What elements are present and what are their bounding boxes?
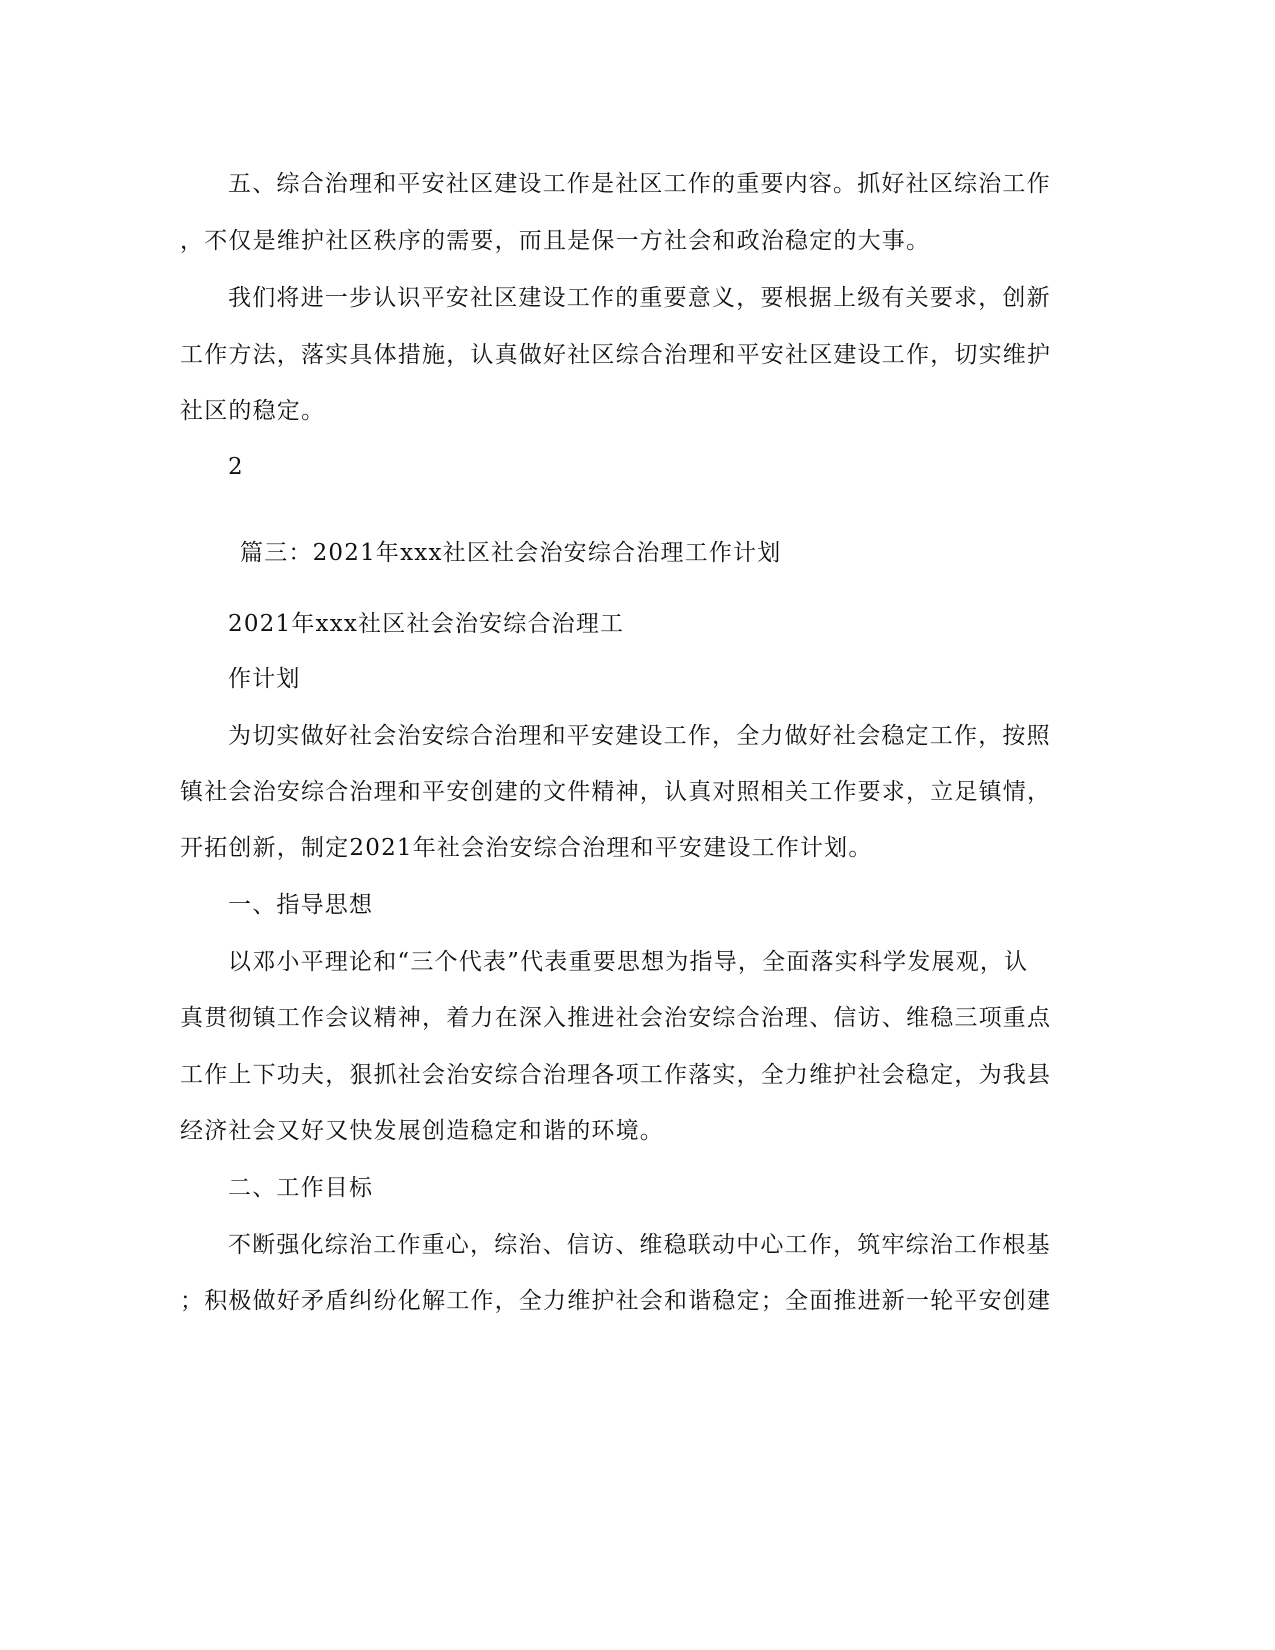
section-one-line-1: 以邓小平理论和“三个代表”代表重要思想为指导，全面落实科学发展观，认 xyxy=(228,947,1028,977)
section-one-line-4: 经济社会又好又快发展创造稳定和谐的环境。 xyxy=(180,1116,664,1146)
commitment-line-3: 社区的稳定。 xyxy=(180,396,325,426)
intro-line-1: 为切实做好社会治安综合治理和平安建设工作，全力做好社会稳定工作，按照 xyxy=(228,721,1051,751)
section-two-heading: 二、工作目标 xyxy=(228,1173,373,1203)
page-number: 2 xyxy=(228,452,244,482)
commitment-line-2: 工作方法，落实具体措施，认真做好社区综合治理和平安社区建设工作，切实维护 xyxy=(180,340,1051,370)
section-one-line-2: 真贯彻镇工作会议精神，着力在深入推进社会治安综合治理、信访、维稳三项重点 xyxy=(180,1003,1051,1033)
section-two-line-1: 不断强化综治工作重心，综治、信访、维稳联动中心工作，筑牢综治工作根基 xyxy=(228,1230,1051,1260)
section-five-line-2: ，不仅是维护社区秩序的需要，而且是保一方社会和政治稳定的大事。 xyxy=(180,226,930,256)
section-one-heading: 一、指导思想 xyxy=(228,890,373,920)
document-page: 五、综合治理和平安社区建设工作是社区工作的重要内容。抓好社区综治工作 ，不仅是维… xyxy=(0,0,1275,1650)
plan-title-line-1: 2021年xxx社区社会治安综合治理工 xyxy=(228,609,624,639)
section-two-line-2: ；积极做好矛盾纠纷化解工作，全力维护社会和谐稳定；全面推进新一轮平安创建 xyxy=(180,1286,1051,1316)
commitment-line-1: 我们将进一步认识平安社区建设工作的重要意义，要根据上级有关要求，创新 xyxy=(228,283,1051,313)
section-five-line-1: 五、综合治理和平安社区建设工作是社区工作的重要内容。抓好社区综治工作 xyxy=(228,169,1051,199)
chapter-heading: 篇三：2021年xxx社区社会治安综合治理工作计划 xyxy=(240,538,781,568)
intro-line-2: 镇社会治安综合治理和平安创建的文件精神，认真对照相关工作要求，立足镇情， xyxy=(180,777,1051,807)
intro-line-3: 开拓创新，制定2021年社会治安综合治理和平安建设工作计划。 xyxy=(180,833,873,863)
plan-title-line-2: 作计划 xyxy=(228,664,301,694)
section-one-line-3: 工作上下功夫，狠抓社会治安综合治理各项工作落实，全力维护社会稳定，为我县 xyxy=(180,1060,1051,1090)
